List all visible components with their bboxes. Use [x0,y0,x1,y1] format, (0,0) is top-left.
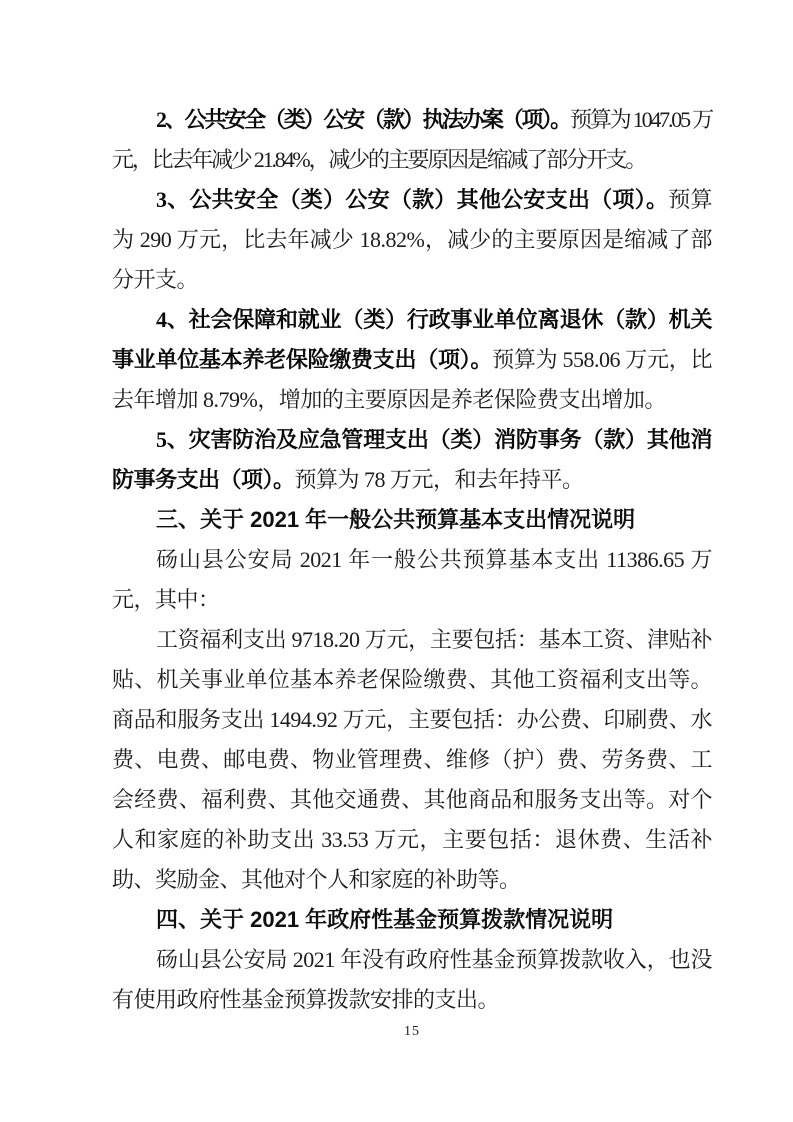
paragraph-gov-fund-statement: 砀山县公安局 2021 年没有政府性基金预算拨款收入，也没有使用政府性基金预算拨… [112,940,712,1020]
document-page: 2、公共安全（类）公安（款）执法办案（项）。预算为 1047.05 万元，比去年… [0,0,793,1122]
section-heading-3: 三、关于 2021 年一般公共预算基本支出情况说明 [112,500,712,540]
budget-item-3-title: 3、公共安全（类）公安（款）其他公安支出（项）。 [156,187,668,212]
page-number: 15 [112,1022,712,1042]
budget-item-5: 5、灾害防治及应急管理支出（类）消防事务（款）其他消防事务支出（项）。预算为 7… [112,420,712,500]
paragraph-basic-expense-total: 砀山县公安局 2021 年一般公共预算基本支出 11386.65 万元，其中： [112,540,712,620]
paragraph-expense-breakdown: 工资福利支出 9718.20 万元，主要包括：基本工资、津贴补贴、机关事业单位基… [112,620,712,900]
budget-item-2-title: 2、公共安全（类）公安（款）执法办案（项）。 [156,107,570,132]
document-body: 2、公共安全（类）公安（款）执法办案（项）。预算为 1047.05 万元，比去年… [112,100,712,1020]
budget-item-3: 3、公共安全（类）公安（款）其他公安支出（项）。预算为 290 万元，比去年减少… [112,180,712,300]
budget-item-2: 2、公共安全（类）公安（款）执法办案（项）。预算为 1047.05 万元，比去年… [112,100,712,180]
budget-item-4: 4、社会保障和就业（类）行政事业单位离退休（款）机关事业单位基本养老保险缴费支出… [112,300,712,420]
section-heading-4: 四、关于 2021 年政府性基金预算拨款情况说明 [112,900,712,940]
budget-item-5-text: 预算为 78 万元，和去年持平。 [295,467,584,492]
